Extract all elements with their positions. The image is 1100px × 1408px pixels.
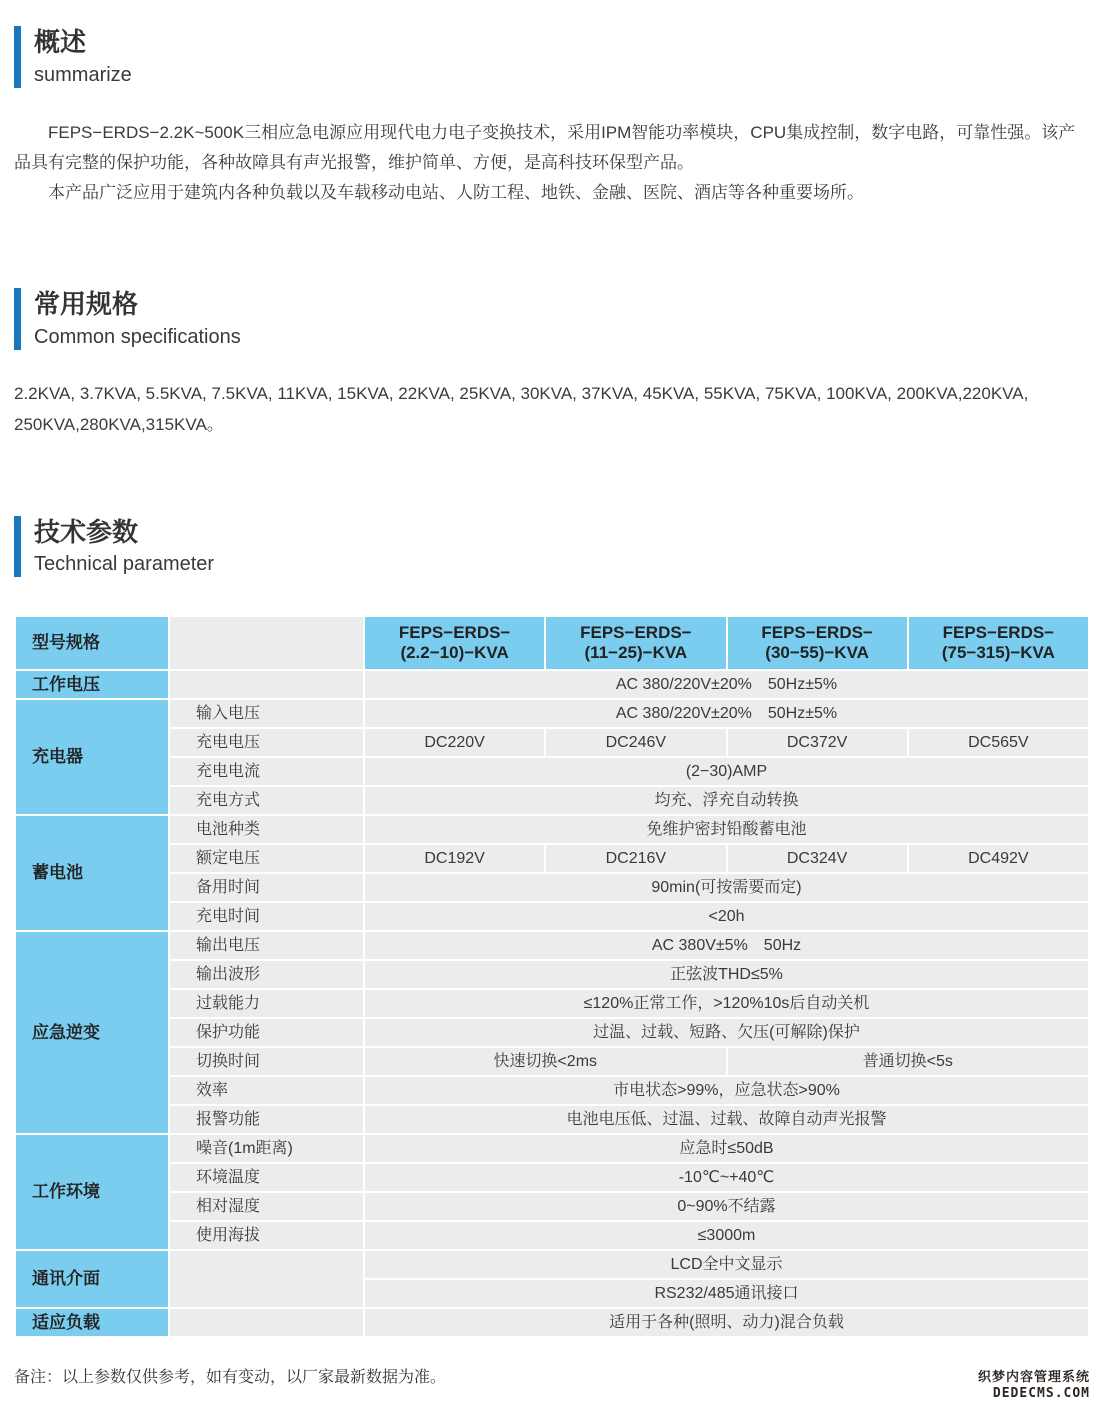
table-row: 输出波形正弦波THD≤5% [16, 961, 1088, 988]
table-row: 充电时间<20h [16, 903, 1088, 930]
table-row: 保护功能过温、过载、短路、欠压(可解除)保护 [16, 1019, 1088, 1046]
table-param-label-cell: 输出波形 [170, 961, 363, 988]
section-subtitle: summarize [34, 62, 132, 88]
section-title: 技术参数 [34, 516, 214, 550]
table-value-cell: 90min(可按需要而定) [365, 874, 1088, 901]
section-title: 常用规格 [34, 288, 241, 322]
table-model-header-cell: FEPS−ERDS− (30−55)−KVA [728, 617, 907, 669]
table-value-cell: DC246V [546, 729, 725, 756]
table-value-cell: 普通切换<5s [728, 1048, 1089, 1075]
table-param-label-cell: 备用时间 [170, 874, 363, 901]
table-param-label-cell: 输入电压 [170, 700, 363, 727]
table-value-cell: 过温、过载、短路、欠压(可解除)保护 [365, 1019, 1088, 1046]
table-value-cell: DC324V [728, 845, 907, 872]
tech-table-body: 型号规格FEPS−ERDS− (2.2−10)−KVAFEPS−ERDS− (1… [16, 617, 1088, 1336]
specs-kva-list: 2.2KVA, 3.7KVA, 5.5KVA, 7.5KVA, 11KVA, 1… [14, 378, 1086, 440]
table-value-cell: 应急时≤50dB [365, 1135, 1088, 1162]
table-value-cell: 正弦波THD≤5% [365, 961, 1088, 988]
table-param-label-cell: 效率 [170, 1077, 363, 1104]
table-value-cell: DC216V [546, 845, 725, 872]
table-value-cell: DC372V [728, 729, 907, 756]
table-value-cell: 适用于各种(照明、动力)混合负载 [365, 1309, 1088, 1336]
section-subtitle: Common specifications [34, 324, 241, 350]
table-model-header-cell: FEPS−ERDS− (11−25)−KVA [546, 617, 725, 669]
section-overview: 概述 summarize FEPS−ERDS−2.2K~500K三相应急电源应用… [14, 26, 1088, 208]
table-value-cell: LCD全中文显示 [365, 1251, 1088, 1278]
table-row: 相对湿度0~90%不结露 [16, 1193, 1088, 1220]
table-param-label-cell: 保护功能 [170, 1019, 363, 1046]
table-value-cell: ≤120%正常工作，>120%10s后自动关机 [365, 990, 1088, 1017]
table-row: 蓄电池电池种类免维护密封铅酸蓄电池 [16, 816, 1088, 843]
table-group-cell: 工作环境 [16, 1135, 168, 1249]
section-specs-heading: 常用规格 Common specifications [14, 288, 1088, 350]
table-param-label-cell: 充电方式 [170, 787, 363, 814]
table-value-cell: DC492V [909, 845, 1088, 872]
table-param-label-cell: 切换时间 [170, 1048, 363, 1075]
table-param-label-cell: 额定电压 [170, 845, 363, 872]
table-value-cell: 快速切换<2ms [365, 1048, 726, 1075]
table-row: 效率市电状态>99%，应急状态>90% [16, 1077, 1088, 1104]
table-row: 工作电压AC 380/220V±20% 50Hz±5% [16, 671, 1088, 698]
table-row: 工作环境噪音(1m距离)应急时≤50dB [16, 1135, 1088, 1162]
table-row: 环境温度-10℃~+40℃ [16, 1164, 1088, 1191]
table-group-cell: 蓄电池 [16, 816, 168, 930]
table-model-header-cell: FEPS−ERDS− (75−315)−KVA [909, 617, 1088, 669]
table-row: 充电器输入电压AC 380/220V±20% 50Hz±5% [16, 700, 1088, 727]
table-empty-cell [170, 671, 363, 698]
table-row: 充电电流(2−30)AMP [16, 758, 1088, 785]
table-row: 充电电压DC220VDC246VDC372VDC565V [16, 729, 1088, 756]
table-param-label-cell: 过载能力 [170, 990, 363, 1017]
table-param-label-cell: 充电时间 [170, 903, 363, 930]
table-param-label-cell: 输出电压 [170, 932, 363, 959]
section-overview-titles: 概述 summarize [34, 26, 132, 88]
table-row: 适应负载适用于各种(照明、动力)混合负载 [16, 1309, 1088, 1336]
table-value-cell: AC 380/220V±20% 50Hz±5% [365, 671, 1088, 698]
table-value-cell: ≤3000m [365, 1222, 1088, 1249]
table-value-cell: -10℃~+40℃ [365, 1164, 1088, 1191]
table-group-cell: 适应负载 [16, 1309, 168, 1336]
table-row: 通讯介面LCD全中文显示 [16, 1251, 1088, 1278]
table-group-cell: 通讯介面 [16, 1251, 168, 1307]
table-group-cell: 型号规格 [16, 617, 168, 669]
section-common-specifications: 常用规格 Common specifications 2.2KVA, 3.7KV… [14, 288, 1088, 440]
table-value-cell: 0~90%不结露 [365, 1193, 1088, 1220]
table-row: 切换时间快速切换<2ms普通切换<5s [16, 1048, 1088, 1075]
table-param-label-cell: 报警功能 [170, 1106, 363, 1133]
table-model-header-cell: FEPS−ERDS− (2.2−10)−KVA [365, 617, 544, 669]
table-row: 充电方式均充、浮充自动转换 [16, 787, 1088, 814]
table-value-cell: 均充、浮充自动转换 [365, 787, 1088, 814]
section-title: 概述 [34, 26, 132, 60]
table-value-cell: (2−30)AMP [365, 758, 1088, 785]
table-row: 应急逆变输出电压AC 380V±5% 50Hz [16, 932, 1088, 959]
table-value-cell: AC 380V±5% 50Hz [365, 932, 1088, 959]
section-overview-heading: 概述 summarize [14, 26, 1088, 88]
table-param-label-cell: 使用海拔 [170, 1222, 363, 1249]
table-empty-cell [170, 617, 363, 669]
footer-note: 备注：以上参数仅供参考，如有变动，以厂家最新数据为准。 [14, 1364, 1088, 1387]
table-value-cell: <20h [365, 903, 1088, 930]
table-empty-cell [170, 1309, 363, 1336]
table-param-label-cell: 充电电压 [170, 729, 363, 756]
cms-watermark-line1: 织梦内容管理系统 [978, 1370, 1090, 1386]
table-value-cell: 市电状态>99%，应急状态>90% [365, 1077, 1088, 1104]
table-param-label-cell: 电池种类 [170, 816, 363, 843]
table-group-cell: 应急逆变 [16, 932, 168, 1133]
table-param-label-cell: 充电电流 [170, 758, 363, 785]
overview-paragraph: FEPS−ERDS−2.2K~500K三相应急电源应用现代电力电子变换技术，采用… [14, 118, 1086, 178]
technical-parameter-table: 型号规格FEPS−ERDS− (2.2−10)−KVAFEPS−ERDS− (1… [14, 615, 1090, 1338]
table-row: 额定电压DC192VDC216VDC324VDC492V [16, 845, 1088, 872]
table-value-cell: 免维护密封铅酸蓄电池 [365, 816, 1088, 843]
section-subtitle: Technical parameter [34, 551, 214, 577]
table-value-cell: DC192V [365, 845, 544, 872]
table-param-label-cell: 相对湿度 [170, 1193, 363, 1220]
table-param-label-cell: 环境温度 [170, 1164, 363, 1191]
table-value-cell: AC 380/220V±20% 50Hz±5% [365, 700, 1088, 727]
overview-paragraph: 本产品广泛应用于建筑内各种负载以及车载移动电站、人防工程、地铁、金融、医院、酒店… [14, 178, 1086, 208]
section-specs-titles: 常用规格 Common specifications [34, 288, 241, 350]
page: 概述 summarize FEPS−ERDS−2.2K~500K三相应急电源应用… [0, 0, 1100, 1408]
table-group-cell: 充电器 [16, 700, 168, 814]
table-row: 备用时间90min(可按需要而定) [16, 874, 1088, 901]
table-row: 型号规格FEPS−ERDS− (2.2−10)−KVAFEPS−ERDS− (1… [16, 617, 1088, 669]
table-row: 使用海拔≤3000m [16, 1222, 1088, 1249]
table-row: 过载能力≤120%正常工作，>120%10s后自动关机 [16, 990, 1088, 1017]
section-technical-parameter: 技术参数 Technical parameter 型号规格FEPS−ERDS− … [14, 516, 1088, 1339]
section-tech-heading: 技术参数 Technical parameter [14, 516, 1088, 578]
cms-watermark-line2: DEDECMS.COM [978, 1386, 1090, 1402]
accent-bar-icon [14, 516, 21, 578]
table-value-cell: DC220V [365, 729, 544, 756]
table-value-cell: DC565V [909, 729, 1088, 756]
table-empty-cell [170, 1251, 363, 1307]
table-value-cell: RS232/485通讯接口 [365, 1280, 1088, 1307]
accent-bar-icon [14, 26, 21, 88]
accent-bar-icon [14, 288, 21, 350]
section-tech-titles: 技术参数 Technical parameter [34, 516, 214, 578]
table-group-cell: 工作电压 [16, 671, 168, 698]
table-param-label-cell: 噪音(1m距离) [170, 1135, 363, 1162]
table-row: 报警功能电池电压低、过温、过载、故障自动声光报警 [16, 1106, 1088, 1133]
cms-watermark: 织梦内容管理系统 DEDECMS.COM [978, 1370, 1090, 1403]
table-value-cell: 电池电压低、过温、过载、故障自动声光报警 [365, 1106, 1088, 1133]
